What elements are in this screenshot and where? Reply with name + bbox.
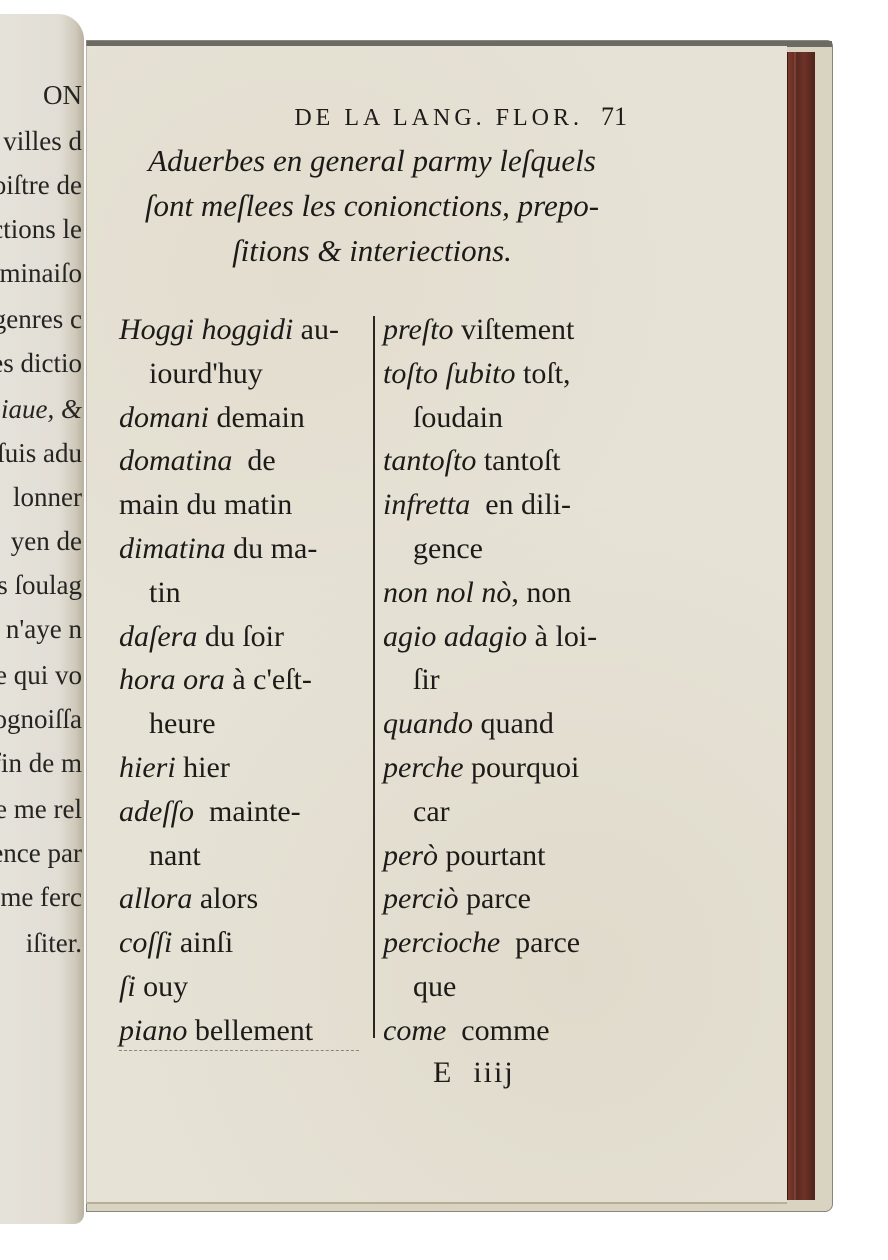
french-translation: hier xyxy=(176,751,230,784)
right-page: DE LA LANG. FLOR.71 Aduerbes en general … xyxy=(86,46,787,1204)
vocabulary-entry: main du matin xyxy=(119,483,369,527)
left-page-line: hiaue, & xyxy=(0,394,82,425)
french-translation: pourquoi xyxy=(464,751,580,784)
french-translation: tin xyxy=(149,576,181,609)
vocabulary-entry: infretta en dili- xyxy=(383,483,633,527)
vocabulary-entry: preſto viſtement xyxy=(383,308,633,352)
vocabulary-entry: coſſi ainſi xyxy=(119,921,369,965)
vocabulary-entry: quando quand xyxy=(383,702,633,746)
french-translation: au- xyxy=(293,313,339,346)
column-divider-rule xyxy=(373,316,375,1038)
french-translation: de xyxy=(232,444,275,477)
vocabulary-entry: domatina de xyxy=(119,439,369,483)
vocabulary-entry: Hoggi hoggidi au- xyxy=(119,308,369,352)
left-page-partial: ONs villes doiſtre dections lerminaiſoge… xyxy=(0,14,84,1224)
vocabulary-entry: allora alors xyxy=(119,877,369,921)
left-page-line: s villes d xyxy=(0,126,82,157)
left-page-line: i me ferc xyxy=(0,882,82,913)
vocabulary-entry: perche pourquoi xyxy=(383,746,633,790)
running-head-title: DE LA LANG. FLOR. xyxy=(294,105,583,131)
french-translation: gence xyxy=(413,532,483,565)
bottom-rule xyxy=(119,1050,359,1052)
running-head: DE LA LANG. FLOR.71 xyxy=(177,102,627,132)
italian-term: percioche xyxy=(383,926,500,959)
italian-term: allora xyxy=(119,882,192,915)
vocabulary-entry: que xyxy=(383,965,633,1009)
french-translation: du ſoir xyxy=(197,620,284,653)
french-translation: quand xyxy=(473,707,554,740)
italian-term: domatina xyxy=(119,444,232,477)
vocabulary-entry: daſera du ſoir xyxy=(119,615,369,659)
signature-letter: E xyxy=(433,1056,453,1089)
page-number: 71 xyxy=(601,102,627,131)
french-translation: viſtement xyxy=(454,313,575,346)
left-page-line: fin de m xyxy=(0,748,82,779)
italian-term: toſto ſubito xyxy=(383,357,516,390)
french-translation: toſt, xyxy=(516,357,571,390)
vocabulary-entry: gence xyxy=(383,527,633,571)
french-translation: mainte- xyxy=(194,795,301,828)
italian-term: daſera xyxy=(119,620,197,653)
vocabulary-entry: car xyxy=(383,790,633,834)
french-translation: main du matin xyxy=(119,488,292,521)
vocabulary-entry: hieri hier xyxy=(119,746,369,790)
vocabulary-entry: però pourtant xyxy=(383,834,633,878)
french-translation: nant xyxy=(149,839,201,872)
french-translation: ſir xyxy=(413,663,440,696)
vocabulary-entry: ſir xyxy=(383,658,633,702)
left-page-line: iſiter. xyxy=(26,928,82,959)
vocabulary-entry: percioche parce xyxy=(383,921,633,965)
vocabulary-entry: agio adagio à loi- xyxy=(383,615,633,659)
italian-term: non nol nò xyxy=(383,576,511,609)
french-translation: ainſi xyxy=(172,926,233,959)
italian-term: hieri xyxy=(119,751,176,784)
french-translation: car xyxy=(413,795,450,828)
left-page-line: ognoiſſa xyxy=(0,704,82,735)
signature-mark: Eiiij xyxy=(433,1056,515,1090)
vocabulary-entry: adeſſo mainte- xyxy=(119,790,369,834)
left-page-line: ence par xyxy=(0,838,82,869)
french-translation: pourtant xyxy=(438,839,545,872)
french-translation: , non xyxy=(511,576,571,609)
red-page-fore-edge xyxy=(787,52,815,1200)
section-title-line-3: ſitions & interiections. xyxy=(117,228,627,273)
french-translation: demain xyxy=(209,401,305,434)
vocabulary-entry: ſi ouy xyxy=(119,965,369,1009)
left-page-line: oiſtre de xyxy=(0,170,82,201)
french-translation: à c'eſt- xyxy=(225,663,312,696)
french-translation: ouy xyxy=(136,970,189,1003)
left-page-line: ON xyxy=(43,80,82,111)
vocabulary-entry: piano bellement xyxy=(119,1009,369,1053)
french-translation: que xyxy=(413,970,456,1003)
italian-term: preſto xyxy=(383,313,454,346)
french-translation: tantoſt xyxy=(476,444,560,477)
left-vocabulary-column: Hoggi hoggidi au-iourd'huydomani demaind… xyxy=(119,308,369,1053)
vocabulary-entry: tantoſto tantoſt xyxy=(383,439,633,483)
left-page-line: e qui vo xyxy=(0,660,82,691)
vocabulary-entry: dimatina du ma- xyxy=(119,527,369,571)
vocabulary-entry: heure xyxy=(119,702,369,746)
vocabulary-entry: domani demain xyxy=(119,396,369,440)
italian-term: dimatina xyxy=(119,532,226,565)
left-page-line: is ſoulag xyxy=(0,570,82,601)
left-page-line: n'aye n xyxy=(6,614,82,645)
french-translation: bellement xyxy=(187,1014,313,1047)
right-vocabulary-column: preſto viſtementtoſto ſubito toſt,ſoudai… xyxy=(383,308,633,1053)
italian-term: infretta xyxy=(383,488,470,521)
italian-term: adeſſo xyxy=(119,795,194,828)
vocabulary-entry: tin xyxy=(119,571,369,615)
french-translation: à loi- xyxy=(527,620,597,653)
french-translation: heure xyxy=(149,707,216,740)
italian-term: però xyxy=(383,839,438,872)
italian-term: coſſi xyxy=(119,926,172,959)
italian-term: perche xyxy=(383,751,464,784)
french-translation: comme xyxy=(446,1014,549,1047)
left-page-line: e me rel xyxy=(0,794,82,825)
left-page-line: es dictio xyxy=(0,348,82,379)
left-page-line: lonner xyxy=(13,482,82,513)
french-translation: alors xyxy=(192,882,258,915)
italian-term: hora ora xyxy=(119,663,225,696)
vocabulary-entry: ſoudain xyxy=(383,396,633,440)
left-page-line: ctions le xyxy=(0,214,82,245)
italian-term: perciò xyxy=(383,882,459,915)
section-title-line-2: ſont meſlees les conionctions, prepo- xyxy=(117,183,627,228)
left-page-line: ſuis adu xyxy=(0,438,82,469)
french-translation: iourd'huy xyxy=(149,357,263,390)
italian-term: domani xyxy=(119,401,209,434)
left-page-line: rminaiſo xyxy=(0,258,82,289)
vocabulary-entry: perciò parce xyxy=(383,877,633,921)
section-title: Aduerbes en general parmy leſquels ſont … xyxy=(117,138,627,273)
vocabulary-entry: hora ora à c'eſt- xyxy=(119,658,369,702)
italian-term: ſi xyxy=(119,970,136,1003)
french-translation: parce xyxy=(500,926,580,959)
signature-number: iiij xyxy=(473,1056,514,1089)
vocabulary-entry: toſto ſubito toſt, xyxy=(383,352,633,396)
vocabulary-entry: nant xyxy=(119,834,369,878)
italian-term: quando xyxy=(383,707,473,740)
french-translation: du ma- xyxy=(226,532,318,565)
vocabulary-entry: iourd'huy xyxy=(119,352,369,396)
left-page-line: yen de xyxy=(11,526,82,557)
vocabulary-entry: come comme xyxy=(383,1009,633,1053)
italian-term: Hoggi hoggidi xyxy=(119,313,293,346)
italian-term: tantoſto xyxy=(383,444,476,477)
italian-term: agio adagio xyxy=(383,620,527,653)
italian-term: come xyxy=(383,1014,446,1047)
french-translation: en dili- xyxy=(470,488,571,521)
french-translation: ſoudain xyxy=(413,401,503,434)
vocabulary-entry: non nol nò, non xyxy=(383,571,633,615)
french-translation: parce xyxy=(459,882,531,915)
left-page-line: genres c xyxy=(0,304,82,335)
section-title-line-1: Aduerbes en general parmy leſquels xyxy=(117,138,627,183)
italian-term: piano xyxy=(119,1014,187,1047)
